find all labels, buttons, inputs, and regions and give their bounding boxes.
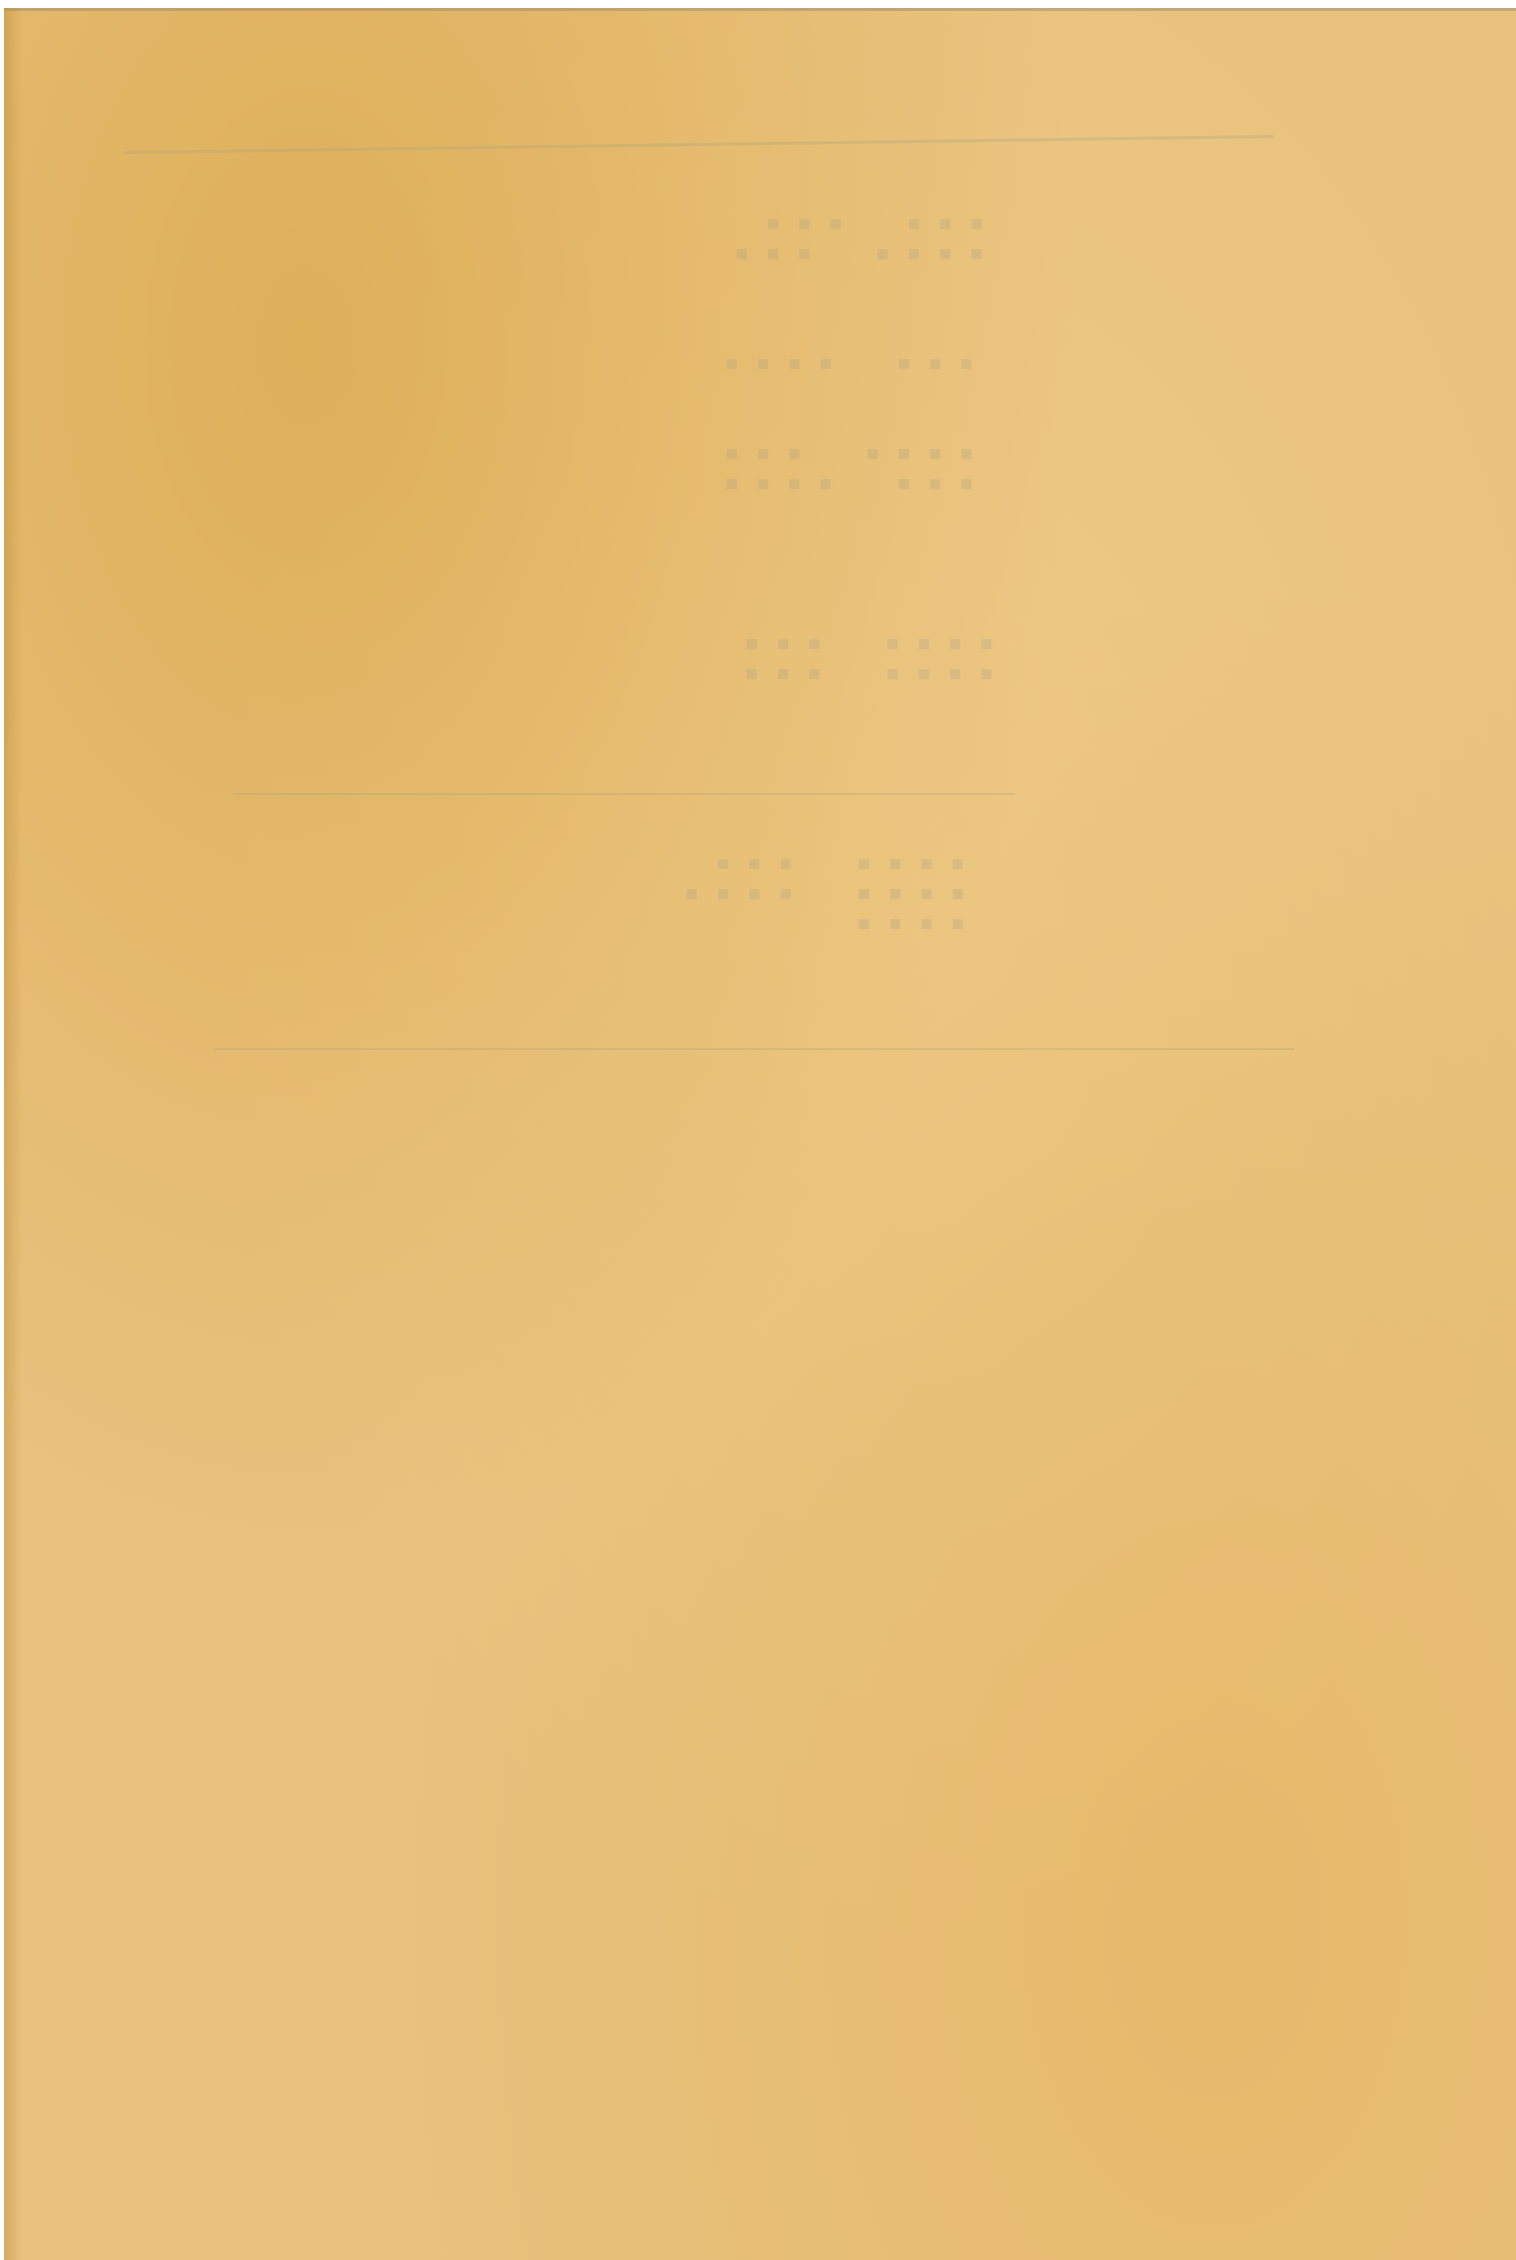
bleed-through-handwriting bbox=[234, 793, 1014, 795]
page-left-edge-shadow bbox=[4, 8, 22, 2260]
paper-page: ▪ ▪ ▪ ▪ ▪ ▪ ▪ ▪ ▪ ▪ ▪ ▪ ▪ ▪ ▪ ▪ ▪ ▪ ▪ ▪ … bbox=[4, 8, 1516, 2260]
bleed-through-rule bbox=[124, 135, 1274, 154]
bleed-through-mark: ▪ ▪ ▪ ▪ ▪ ▪ ▪ ▪ ▪ ▪ ▪ ▪ ▪ ▪ ▪ ▪ ▪ ▪ ▪ bbox=[684, 848, 966, 938]
bleed-through-handwriting bbox=[214, 1048, 1294, 1050]
bleed-through-mark: ▪ ▪ ▪ ▪ ▪ ▪ ▪ bbox=[724, 348, 974, 378]
bleed-through-mark: ▪ ▪ ▪ ▪ ▪ ▪ ▪ ▪ ▪ ▪ ▪ ▪ ▪ ▪ bbox=[724, 438, 974, 498]
page-top-edge bbox=[4, 8, 1516, 11]
bleed-through-mark: ▪ ▪ ▪ ▪ ▪ ▪ ▪ ▪ ▪ ▪ ▪ ▪ ▪ ▪ bbox=[744, 628, 994, 688]
bleed-through-mark: ▪ ▪ ▪ ▪ ▪ ▪ ▪ ▪ ▪ ▪ ▪ ▪ ▪ bbox=[734, 208, 984, 268]
